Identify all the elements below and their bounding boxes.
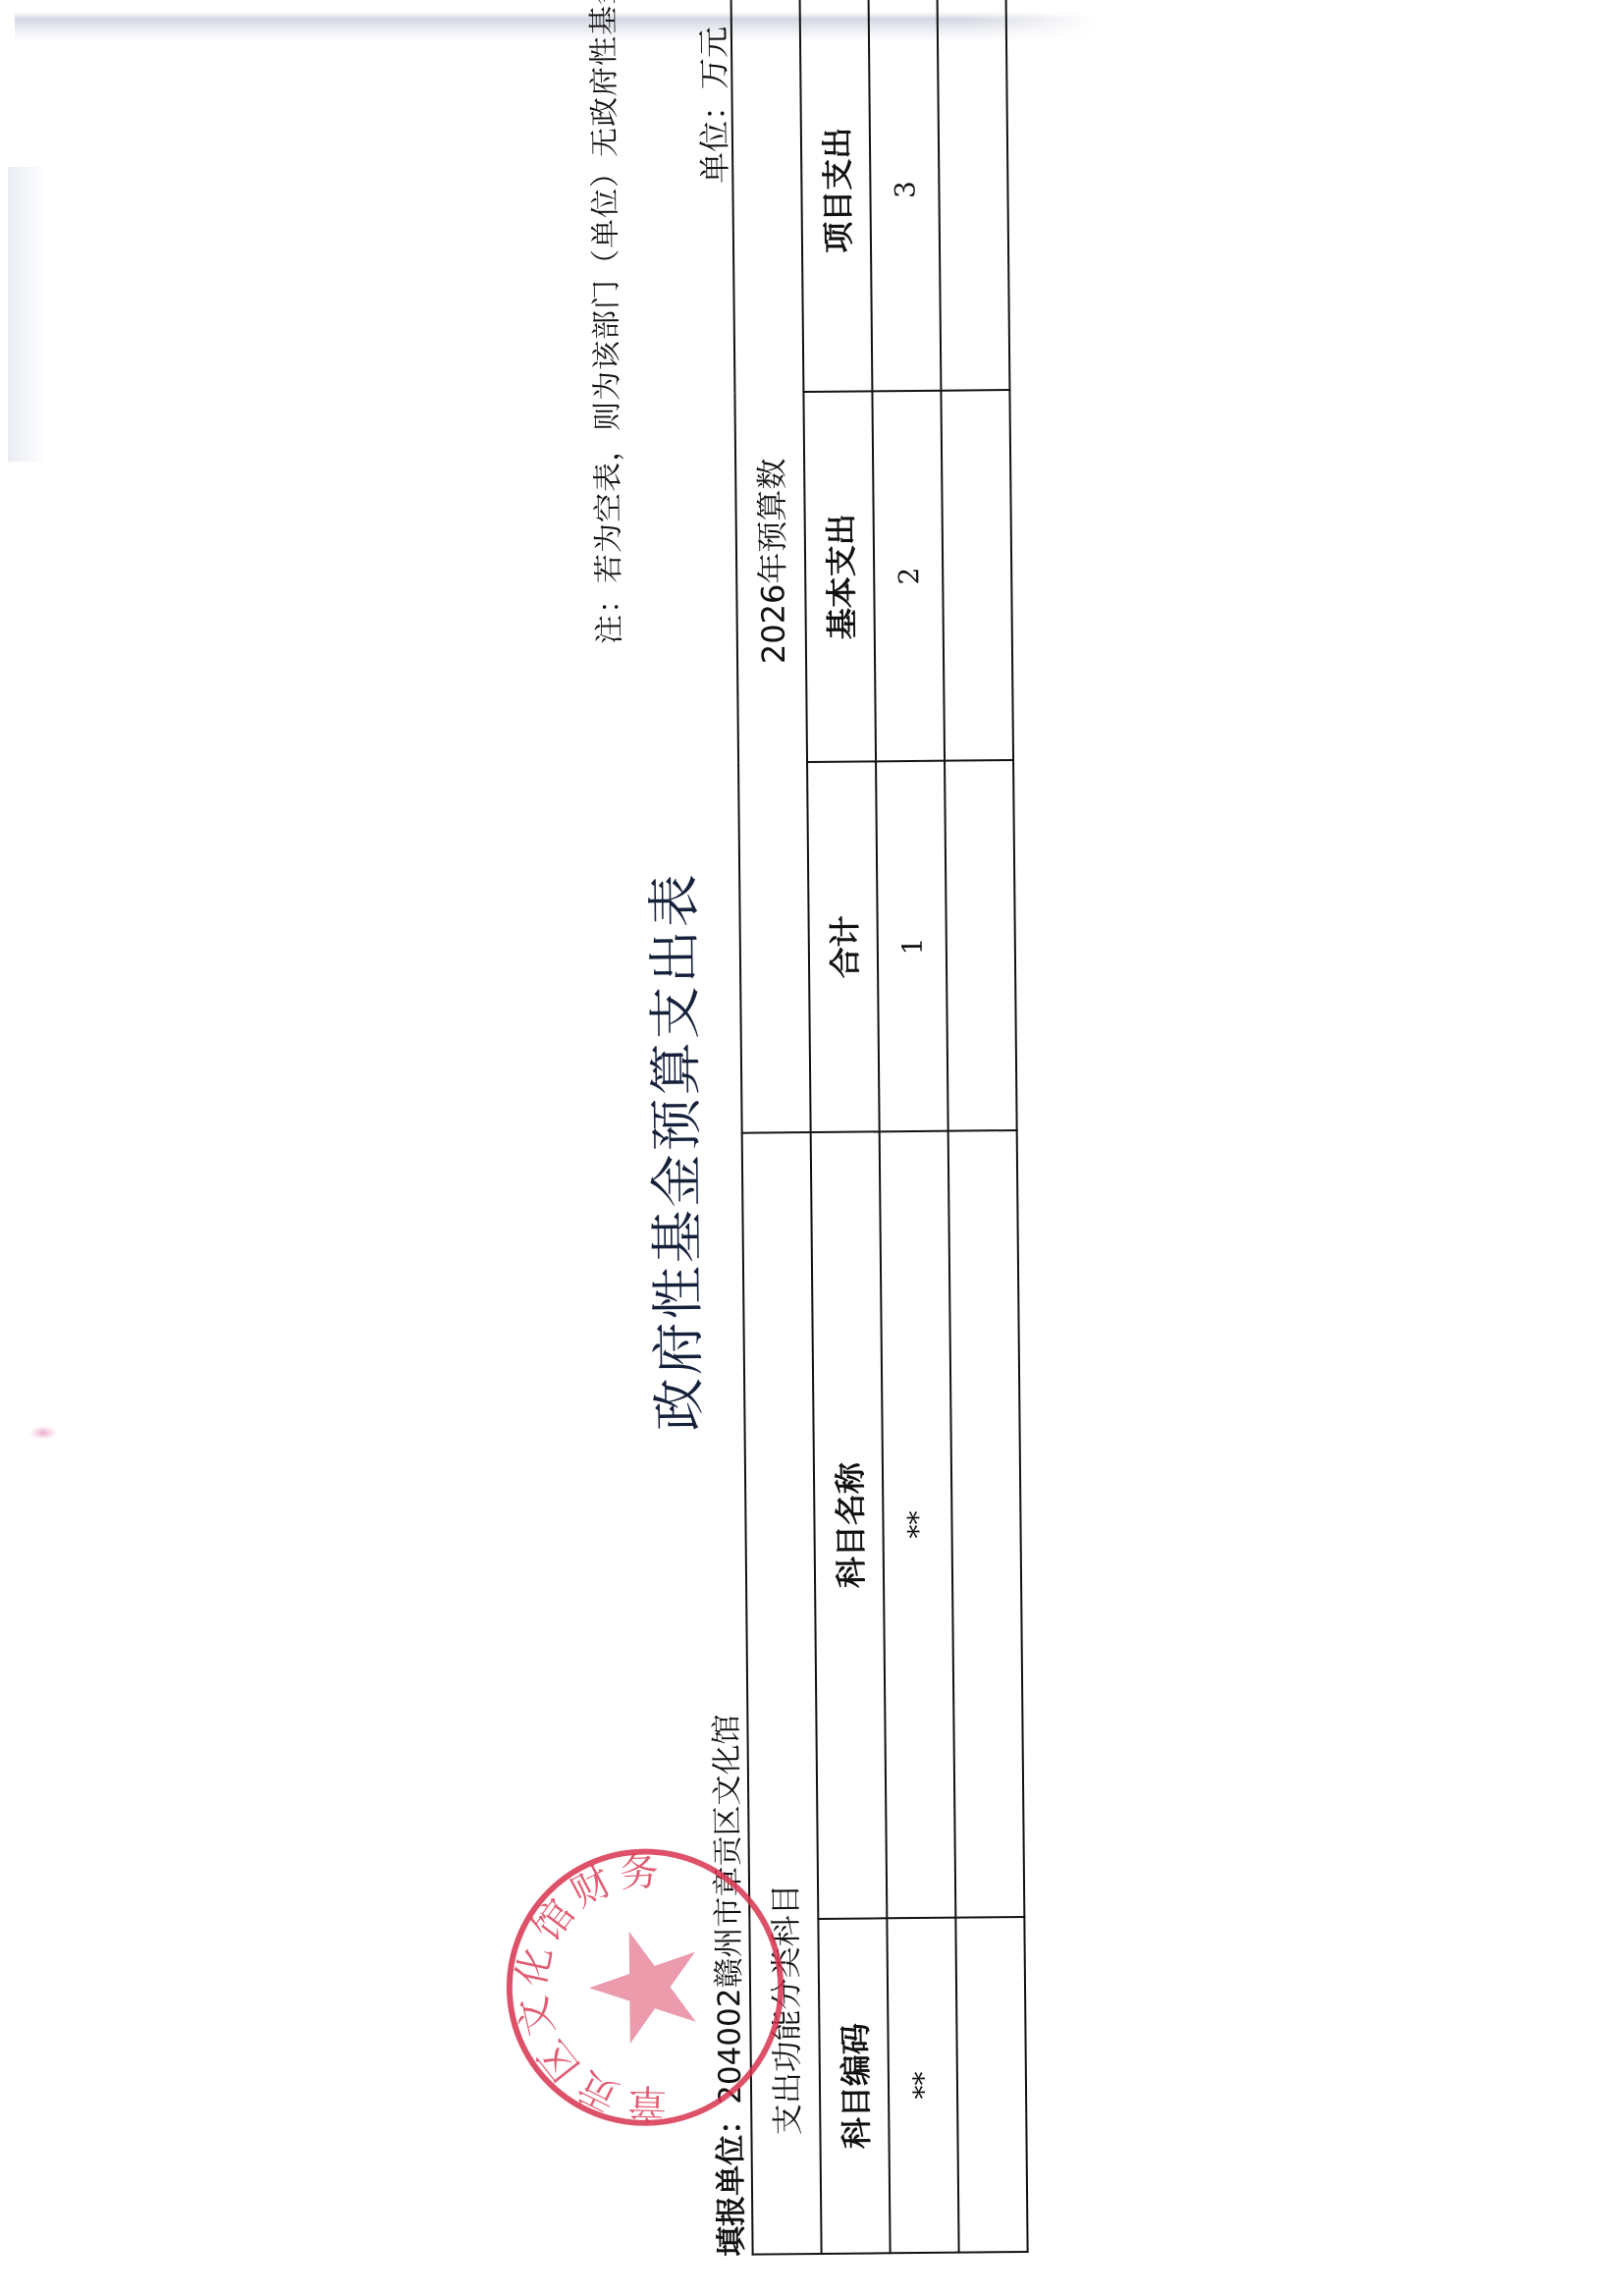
table-cell (955, 1917, 1027, 2253)
table-cell (937, 0, 1009, 391)
index-cell: 3 (868, 0, 941, 391)
budget-form-page: 注：若为空表，则为该部门（单位）无政府性基金收支 政府性基金预算支出表 单位：万… (0, 0, 1623, 2296)
header-basic-expenditure: 基本支出 (803, 391, 876, 762)
index-cell: 2 (872, 391, 945, 762)
index-cell: 1 (876, 761, 948, 1132)
title-text: 政府性基金预算支出表 (643, 871, 710, 1432)
empty-table-note: 注：若为空表，则为该部门（单位）无政府性基金收支 (578, 0, 628, 644)
official-seal-icon: 赣州市章贡区文化馆财务专用章 (499, 1840, 792, 2134)
header-subject-code: 科目编码 (818, 1918, 890, 2254)
header-2026-budget: 2026年预算数 (730, 0, 810, 1133)
header-project-expenditure: 项目支出 (799, 0, 872, 392)
index-cell: ** (887, 1918, 958, 2254)
header-subject-name: 科目名称 (811, 1131, 888, 1919)
table-cell (945, 760, 1017, 1131)
table-cell (948, 1130, 1025, 1918)
index-cell: ** (880, 1131, 956, 1919)
unit-label: 单位：万元 (689, 27, 736, 184)
header-total: 合计 (807, 761, 880, 1132)
table-cell (941, 390, 1013, 761)
